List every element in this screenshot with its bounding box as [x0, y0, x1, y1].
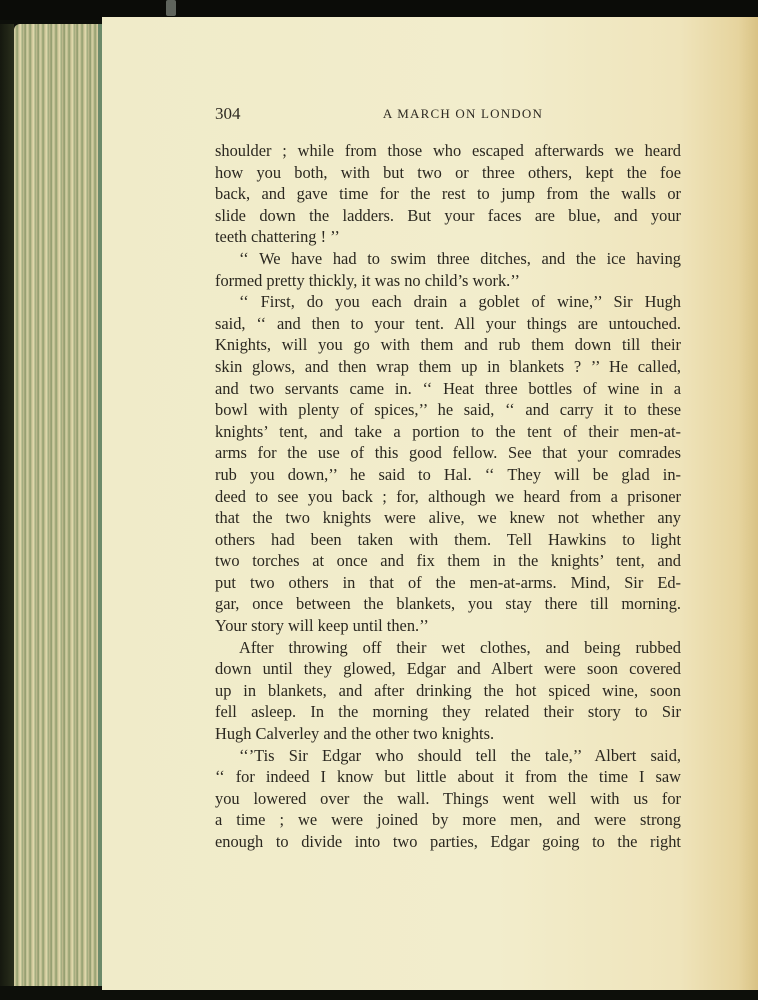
text-line: back, and gave time for the rest to jump… — [215, 183, 681, 205]
text-line: After throwing off their wet clothes, an… — [215, 637, 681, 659]
text-line: enough to divide into two parties, Edgar… — [215, 831, 681, 853]
text-line: ‘‘ We have had to swim three ditches, an… — [215, 248, 681, 270]
text-line: put two others in that of the men-at-arm… — [215, 572, 681, 594]
text-line: others had been taken with them. Tell Ha… — [215, 529, 681, 551]
text-line: slide down the ladders. But your faces a… — [215, 205, 681, 227]
text-line: two torches at once and fix them in the … — [215, 550, 681, 572]
text-line: skin glows, and then wrap them up in bla… — [215, 356, 681, 378]
text-line: arms for the use of this good fellow. Se… — [215, 442, 681, 464]
text-line: how you both, with but two or three othe… — [215, 162, 681, 184]
text-line: Knights, will you go with them and rub t… — [215, 334, 681, 356]
text-line: down until they glowed, Edgar and Albert… — [215, 658, 681, 680]
text-line: teeth chattering ! ’’ — [215, 226, 681, 248]
text-line: bowl with plenty of spices,’’ he said, ‘… — [215, 399, 681, 421]
running-title: A MARCH ON LONDON — [215, 106, 681, 122]
text-line: a time ; we were joined by more men, and… — [215, 809, 681, 831]
text-line: said, ‘‘ and then to your tent. All your… — [215, 313, 681, 335]
text-line: Your story will keep until then.’’ — [215, 615, 681, 637]
text-line: gar, once between the blankets, you stay… — [215, 593, 681, 615]
text-line: rub you down,’’ he said to Hal. ‘‘ They … — [215, 464, 681, 486]
text-line: you lowered over the wall. Things went w… — [215, 788, 681, 810]
body-text: shoulder ; while from those who escaped … — [215, 140, 681, 853]
text-line: knights’ tent, and take a portion to the… — [215, 421, 681, 443]
running-head: 304 A MARCH ON LONDON — [215, 104, 681, 124]
text-line: shoulder ; while from those who escaped … — [215, 140, 681, 162]
book-clip — [166, 0, 176, 16]
text-line: and two servants came in. ‘‘ Heat three … — [215, 378, 681, 400]
text-line: ‘‘ First, do you each drain a goblet of … — [215, 291, 681, 313]
text-line: that the two knights were alive, we knew… — [215, 507, 681, 529]
text-line: fell asleep. In the morning they related… — [215, 701, 681, 723]
text-line: deed to see you back ; for, although we … — [215, 486, 681, 508]
text-line: ‘‘ for indeed I know but little about it… — [215, 766, 681, 788]
text-line: Hugh Calverley and the other two knights… — [215, 723, 681, 745]
text-line: up in blankets, and after drinking the h… — [215, 680, 681, 702]
text-line: ‘‘’Tis Sir Edgar who should tell the tal… — [215, 745, 681, 767]
text-line: formed pretty thickly, it was no child’s… — [215, 270, 681, 292]
book-page-edges — [14, 24, 102, 986]
